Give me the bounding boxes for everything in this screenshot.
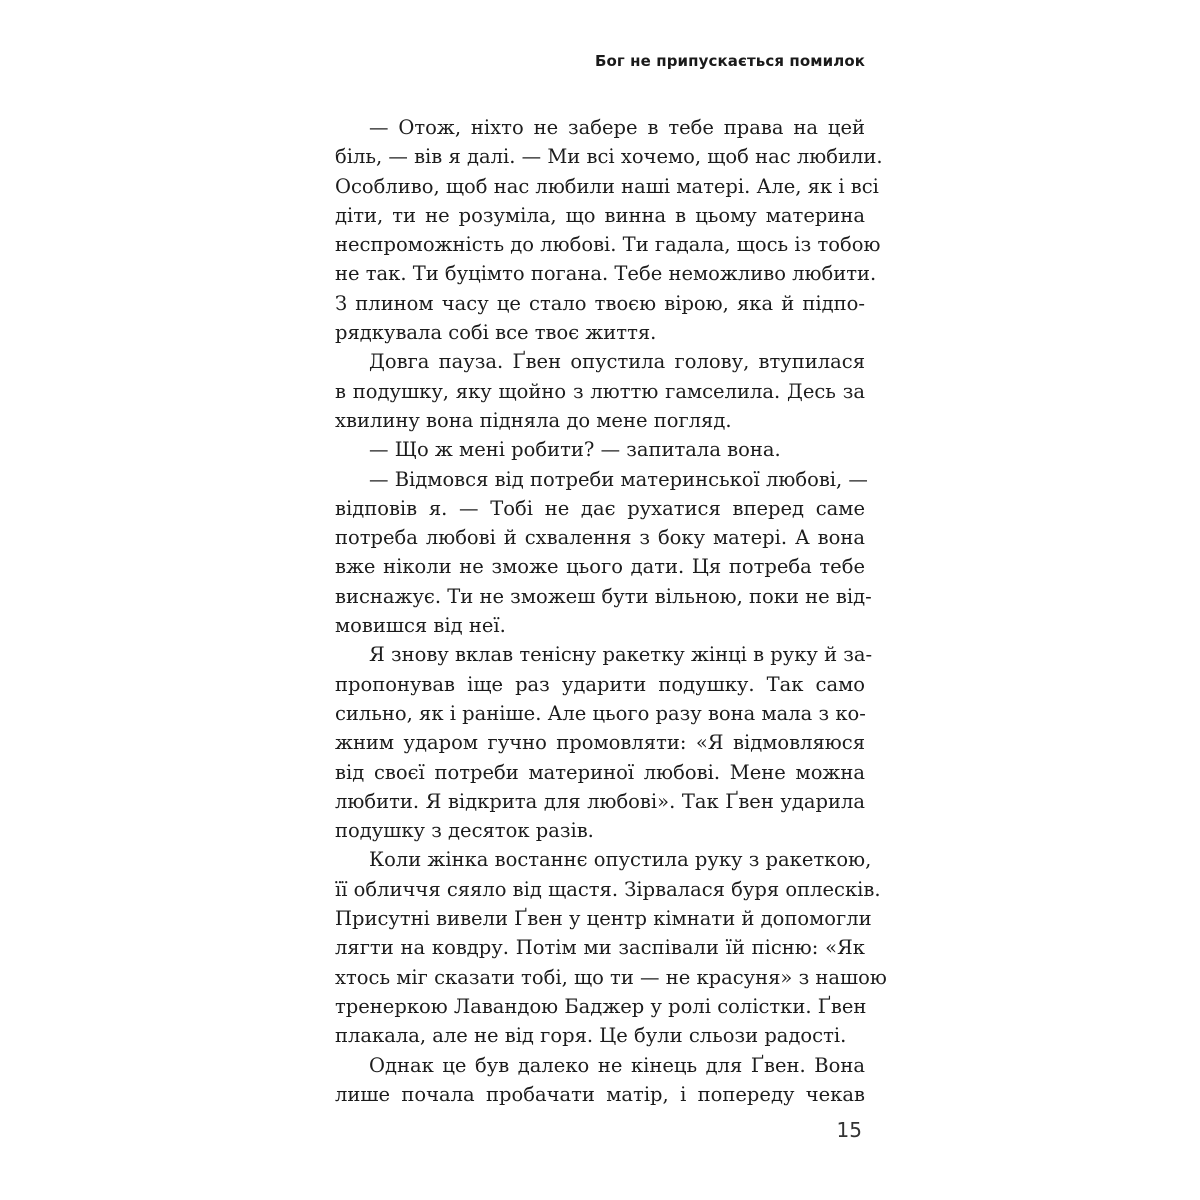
text-line: пропонував іще раз ударити подушку. Так … <box>335 670 865 699</box>
page-number: 15 <box>837 1118 862 1142</box>
text-line: плакала, але не від горя. Це були сльози… <box>335 1021 865 1050</box>
text-line: мовишся від неї. <box>335 611 865 640</box>
text-line: лише почала пробачати матір, і попереду … <box>335 1080 865 1109</box>
body-text: — Отож, ніхто не забере в тебе права на … <box>335 113 865 1109</box>
text-line: відповів я. — Тобі не дає рухатися впере… <box>335 494 865 523</box>
text-line: Присутні вивели Ґвен у центр кімнати й д… <box>335 904 865 933</box>
text-line: неспроможність до любові. Ти гадала, щос… <box>335 230 865 259</box>
text-line: хвилину вона підняла до мене погляд. <box>335 406 865 435</box>
text-line: Я знову вклав тенісну ракетку жінці в ру… <box>335 640 865 669</box>
book-page: Бог не припускається помилок — Отож, ніх… <box>0 0 1200 1200</box>
text-line: Коли жінка востаннє опустила руку з раке… <box>335 845 865 874</box>
text-line: потреба любові й схвалення з боку матері… <box>335 523 865 552</box>
text-line: — Отож, ніхто не забере в тебе права на … <box>335 113 865 142</box>
text-line: лягти на ковдру. Потім ми заспівали їй п… <box>335 933 865 962</box>
text-line: біль, — вів я далі. — Ми всі хочемо, щоб… <box>335 142 865 171</box>
text-line: хтось міг сказати тобі, що ти — не красу… <box>335 963 865 992</box>
text-line: вже ніколи не зможе цього дати. Ця потре… <box>335 552 865 581</box>
text-line: З плином часу це стало твоєю вірою, яка … <box>335 289 865 318</box>
text-line: любити. Я відкрита для любові». Так Ґвен… <box>335 787 865 816</box>
text-line: — Що ж мені робити? — запитала вона. <box>335 435 865 464</box>
text-line: подушку з десяток разів. <box>335 816 865 845</box>
running-head-title: Бог не припускається помилок <box>595 52 865 70</box>
text-line: Однак це був далеко не кінець для Ґвен. … <box>335 1051 865 1080</box>
text-line: сильно, як і раніше. Але цього разу вона… <box>335 699 865 728</box>
text-line: тренеркою Лавандою Баджер у ролі солістк… <box>335 992 865 1021</box>
text-line: від своєї потреби материної любові. Мене… <box>335 758 865 787</box>
text-line: Довга пауза. Ґвен опустила голову, втупи… <box>335 347 865 376</box>
text-line: рядкувала собі все твоє життя. <box>335 318 865 347</box>
text-line: жним ударом гучно промовляти: «Я відмовл… <box>335 728 865 757</box>
text-line: Особливо, щоб нас любили наші матері. Ал… <box>335 172 865 201</box>
text-line: не так. Ти буцімто погана. Тебе неможлив… <box>335 259 865 288</box>
text-line: виснажує. Ти не зможеш бути вільною, пок… <box>335 582 865 611</box>
text-line: її обличчя сяяло від щастя. Зірвалася бу… <box>335 875 865 904</box>
text-line: — Відмовся від потреби материнської любо… <box>335 465 865 494</box>
text-line: в подушку, яку щойно з люттю гамселила. … <box>335 377 865 406</box>
text-line: діти, ти не розуміла, що винна в цьому м… <box>335 201 865 230</box>
